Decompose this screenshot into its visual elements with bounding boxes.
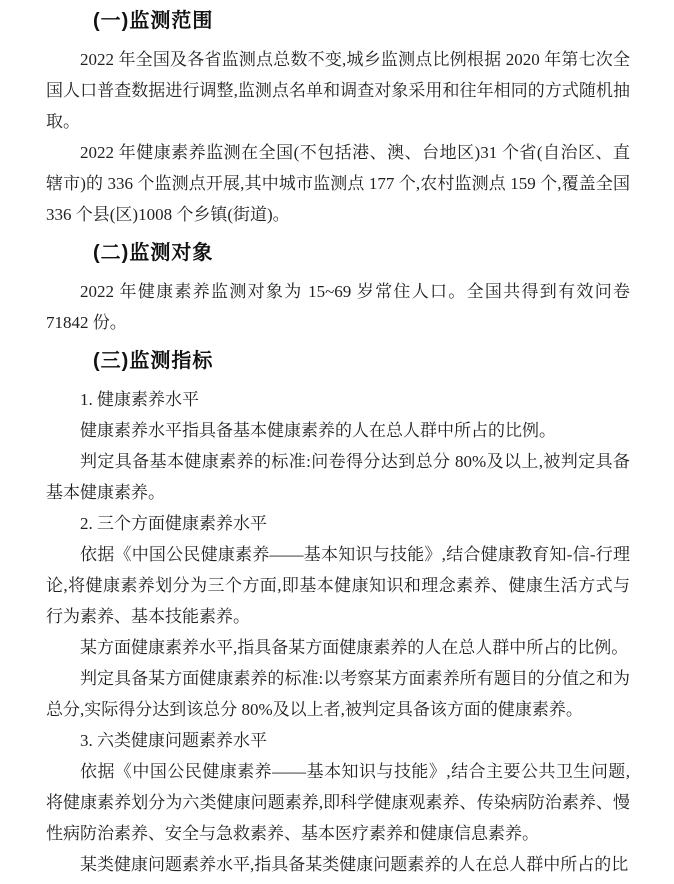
- section-heading-monitoring-indicators: (三)监测指标: [46, 348, 630, 374]
- list-item-heading: 3. 六类健康问题素养水平: [46, 725, 630, 756]
- paragraph: 某方面健康素养水平,指具备某方面健康素养的人在总人群中所占的比例。: [46, 632, 630, 663]
- paragraph: 2022 年健康素养监测在全国(不包括港、澳、台地区)31 个省(自治区、直辖市…: [46, 137, 630, 230]
- paragraph: 依据《中国公民健康素养——基本知识与技能》,结合主要公共卫生问题,将健康素养划分…: [46, 756, 630, 849]
- paragraph: 某类健康问题素养水平,指具备某类健康问题素养的人在总人群中所占的比: [46, 849, 630, 880]
- paragraph: 判定具备某方面健康素养的标准:以考察某方面素养所有题目的分值之和为总分,实际得分…: [46, 663, 630, 725]
- paragraph: 依据《中国公民健康素养——基本知识与技能》,结合健康教育知-信-行理论,将健康素…: [46, 539, 630, 632]
- document-page: (一)监测范围 2022 年全国及各省监测点总数不变,城乡监测点比例根据 202…: [0, 0, 674, 884]
- list-item-heading: 1. 健康素养水平: [46, 384, 630, 415]
- list-item-heading: 2. 三个方面健康素养水平: [46, 508, 630, 539]
- section-heading-monitoring-subjects: (二)监测对象: [46, 240, 630, 266]
- paragraph: 2022 年全国及各省监测点总数不变,城乡监测点比例根据 2020 年第七次全国…: [46, 44, 630, 137]
- section-heading-monitoring-scope: (一)监测范围: [46, 8, 630, 34]
- paragraph: 判定具备基本健康素养的标准:问卷得分达到总分 80%及以上,被判定具备基本健康素…: [46, 446, 630, 508]
- paragraph: 健康素养水平指具备基本健康素养的人在总人群中所占的比例。: [46, 415, 630, 446]
- paragraph: 2022 年健康素养监测对象为 15~69 岁常住人口。全国共得到有效问卷 71…: [46, 276, 630, 338]
